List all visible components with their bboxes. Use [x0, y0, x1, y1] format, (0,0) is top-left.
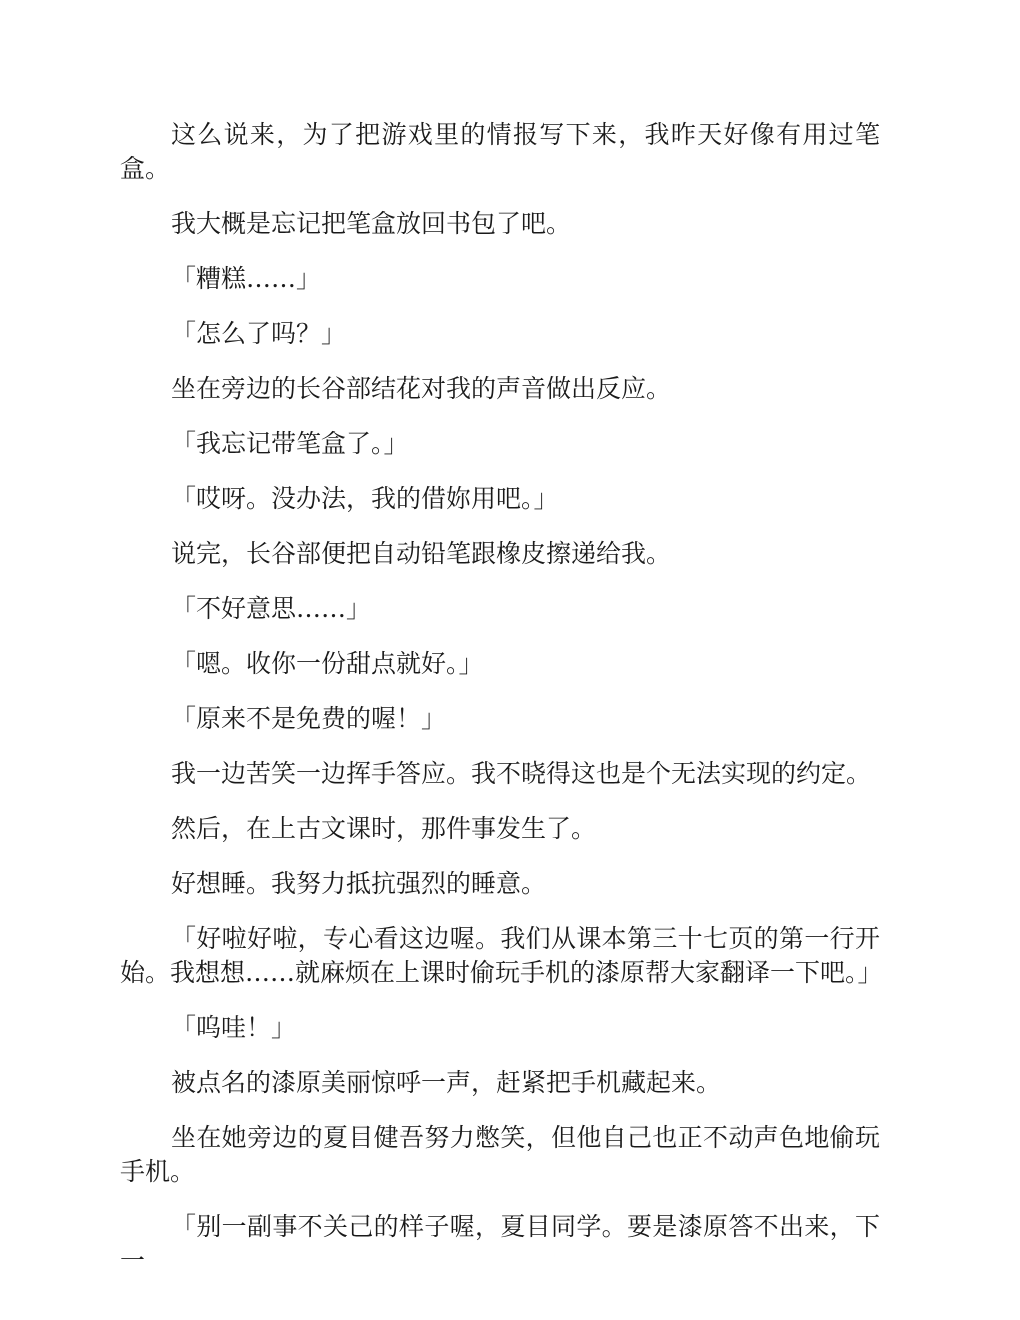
dialogue-line: 「我忘记带笔盒了。」 — [120, 427, 880, 461]
paragraph: 然后，在上古文课时，那件事发生了。 — [120, 812, 880, 846]
paragraph: 我一边苦笑一边挥手答应。我不晓得这也是个无法实现的约定。 — [120, 757, 880, 791]
dialogue-line: 「糟糕……」 — [120, 262, 880, 296]
dialogue-line: 「别一副事不关己的样子喔，夏目同学。要是漆原答不出来，下一 — [120, 1210, 880, 1278]
paragraph: 好想睡。我努力抵抗强烈的睡意。 — [120, 867, 880, 901]
dialogue-line: 「不好意思……」 — [120, 592, 880, 626]
dialogue-line: 「原来不是免费的喔！」 — [120, 702, 880, 736]
paragraph: 坐在旁边的长谷部结花对我的声音做出反应。 — [120, 372, 880, 406]
dialogue-line: 「呜哇！」 — [120, 1011, 880, 1045]
document-page: 这么说来，为了把游戏里的情报写下来，我昨天好像有用过笔盒。 我大概是忘记把笔盒放… — [120, 118, 880, 1299]
dialogue-line: 「哎呀。没办法，我的借妳用吧。」 — [120, 482, 880, 516]
paragraph: 我大概是忘记把笔盒放回书包了吧。 — [120, 207, 880, 241]
paragraph: 说完，长谷部便把自动铅笔跟橡皮擦递给我。 — [120, 537, 880, 571]
paragraph: 被点名的漆原美丽惊呼一声，赶紧把手机藏起来。 — [120, 1066, 880, 1100]
dialogue-line: 「嗯。收你一份甜点就好。」 — [120, 647, 880, 681]
dialogue-line: 「好啦好啦，专心看这边喔。我们从课本第三十七页的第一行开始。我想想……就麻烦在上… — [120, 922, 880, 990]
paragraph: 坐在她旁边的夏目健吾努力憋笑，但他自己也正不动声色地偷玩手机。 — [120, 1121, 880, 1189]
dialogue-line: 「怎么了吗？」 — [120, 317, 880, 351]
paragraph: 这么说来，为了把游戏里的情报写下来，我昨天好像有用过笔盒。 — [120, 118, 880, 186]
